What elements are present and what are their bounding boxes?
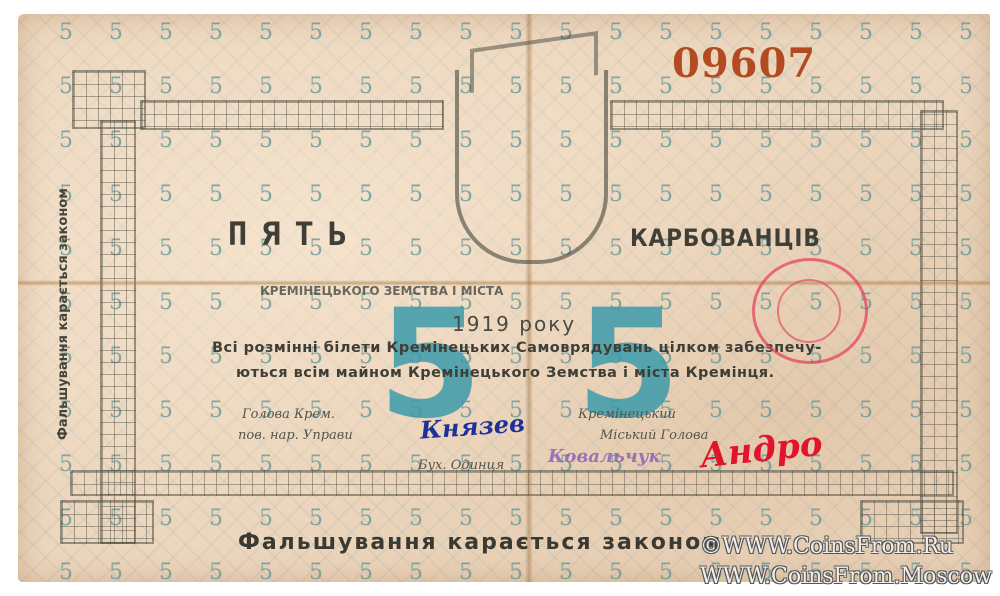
pattern-numeral: 5 [159,128,173,153]
pattern-numeral: 5 [359,236,373,261]
pattern-numeral: 5 [359,182,373,207]
footer-warning: Фальшування карається законом [238,530,722,555]
signature-purple: Ковальчук [548,446,661,467]
pattern-numeral: 5 [109,560,123,585]
pattern-numeral: 5 [259,74,273,99]
pattern-numeral: 5 [59,20,73,45]
pattern-numeral: 5 [409,182,423,207]
guarantee-text-line-1: Всі розмінні білети Кремінецьких Самовря… [212,340,822,356]
pattern-numeral: 5 [209,398,223,423]
pattern-numeral: 5 [159,20,173,45]
pattern-numeral: 5 [559,398,573,423]
denomination-word: ПЯТЬ [228,215,361,253]
pattern-numeral: 5 [709,182,723,207]
pattern-numeral: 5 [109,20,123,45]
pattern-numeral: 5 [259,560,273,585]
pattern-numeral: 5 [659,560,673,585]
pattern-numeral: 5 [409,506,423,531]
frame-top-bar [140,100,444,130]
pattern-numeral: 5 [959,20,973,45]
signature-label-right-2: Міський Голова [600,428,708,443]
pattern-numeral: 5 [609,560,623,585]
pattern-numeral: 5 [809,128,823,153]
pattern-numeral: 5 [359,128,373,153]
pattern-numeral: 5 [309,74,323,99]
pattern-numeral: 5 [859,128,873,153]
signature-label-right-1: Кремінецький [578,407,676,422]
pattern-numeral: 5 [209,20,223,45]
pattern-numeral: 5 [659,74,673,99]
pattern-numeral: 5 [209,182,223,207]
pattern-numeral: 5 [159,290,173,315]
pattern-numeral: 5 [409,128,423,153]
pattern-numeral: 5 [209,128,223,153]
pattern-numeral: 5 [259,182,273,207]
pattern-numeral: 5 [159,236,173,261]
pattern-numeral: 5 [859,236,873,261]
frame-bottom-bar [70,470,954,496]
year-line: 1919 року [452,312,576,336]
pattern-numeral: 5 [159,560,173,585]
watermark-ru: ©WWW.CoinsFrom.Ru [700,534,953,559]
pattern-numeral: 5 [309,182,323,207]
pattern-numeral: 5 [159,506,173,531]
pattern-numeral: 5 [559,560,573,585]
signature-label-left-2: пов. нар. Управи [238,428,353,443]
pattern-numeral: 5 [459,560,473,585]
pattern-numeral: 5 [359,506,373,531]
pattern-numeral: 5 [659,128,673,153]
pattern-numeral: 5 [759,398,773,423]
pattern-numeral: 5 [509,506,523,531]
red-stamp [752,258,868,364]
pattern-numeral: 5 [609,182,623,207]
pattern-numeral: 5 [259,20,273,45]
side-warning-left: Фальшування карається законом [56,188,71,440]
pattern-numeral: 5 [409,560,423,585]
pattern-numeral: 5 [609,128,623,153]
pattern-numeral: 5 [759,128,773,153]
pattern-numeral: 5 [959,128,973,153]
pattern-numeral: 5 [409,74,423,99]
pattern-numeral: 5 [459,506,473,531]
watermark-moscow: WWW.CoinsFrom.Moscow [700,564,992,589]
pattern-numeral: 5 [259,128,273,153]
pattern-numeral: 5 [709,128,723,153]
serial-number: 09607 [672,40,816,87]
coat-of-arms-icon [455,70,608,264]
pattern-numeral: 5 [959,290,973,315]
pattern-numeral: 5 [959,74,973,99]
pattern-numeral: 5 [659,20,673,45]
pattern-numeral: 5 [459,20,473,45]
pattern-numeral: 5 [959,344,973,369]
pattern-numeral: 5 [59,74,73,99]
pattern-numeral: 5 [259,506,273,531]
pattern-numeral: 5 [859,398,873,423]
pattern-numeral: 5 [359,20,373,45]
pattern-numeral: 5 [309,20,323,45]
pattern-numeral: 5 [959,452,973,477]
pattern-numeral: 5 [209,236,223,261]
frame-bottom-left [60,500,154,544]
pattern-numeral: 5 [459,236,473,261]
pattern-numeral: 5 [609,506,623,531]
pattern-numeral: 5 [909,74,923,99]
currency-word: КАРБОВАНЦІВ [630,224,821,252]
pattern-numeral: 5 [159,182,173,207]
pattern-numeral: 5 [809,506,823,531]
guarantee-text-line-2: ються всім майном Кремінецького Земства … [236,365,775,381]
pattern-numeral: 5 [159,398,173,423]
pattern-numeral: 5 [709,398,723,423]
pattern-numeral: 5 [359,560,373,585]
pattern-numeral: 5 [759,182,773,207]
pattern-numeral: 5 [359,74,373,99]
pattern-numeral: 5 [959,182,973,207]
signature-label-bottom: Бух. Одинця [418,458,504,473]
pattern-numeral: 5 [759,506,773,531]
pattern-numeral: 5 [309,506,323,531]
pattern-numeral: 5 [309,560,323,585]
signature-label-left-1: Голова Крем. [242,407,335,422]
pattern-numeral: 5 [659,182,673,207]
pattern-numeral: 5 [609,74,623,99]
pattern-numeral: 5 [809,398,823,423]
pattern-numeral: 5 [409,236,423,261]
pattern-numeral: 5 [809,182,823,207]
pattern-numeral: 5 [609,236,623,261]
pattern-numeral: 5 [559,506,573,531]
pattern-numeral: 5 [59,128,73,153]
pattern-numeral: 5 [859,74,873,99]
pattern-numeral: 5 [209,506,223,531]
pattern-numeral: 5 [909,20,923,45]
pattern-numeral: 5 [209,74,223,99]
frame-top-right-bar [610,100,944,130]
pattern-numeral: 5 [709,506,723,531]
pattern-numeral: 5 [509,560,523,585]
pattern-numeral: 5 [309,128,323,153]
pattern-numeral: 5 [159,74,173,99]
pattern-numeral: 5 [209,290,223,315]
pattern-numeral: 5 [959,398,973,423]
pattern-numeral: 5 [59,560,73,585]
pattern-numeral: 5 [159,344,173,369]
pattern-numeral: 5 [209,560,223,585]
pattern-numeral: 5 [859,344,873,369]
pattern-numeral: 5 [859,182,873,207]
pattern-numeral: 5 [409,20,423,45]
pattern-numeral: 5 [359,398,373,423]
pattern-numeral: 5 [859,20,873,45]
pattern-numeral: 5 [609,20,623,45]
pattern-numeral: 5 [659,506,673,531]
pattern-numeral: 5 [959,236,973,261]
